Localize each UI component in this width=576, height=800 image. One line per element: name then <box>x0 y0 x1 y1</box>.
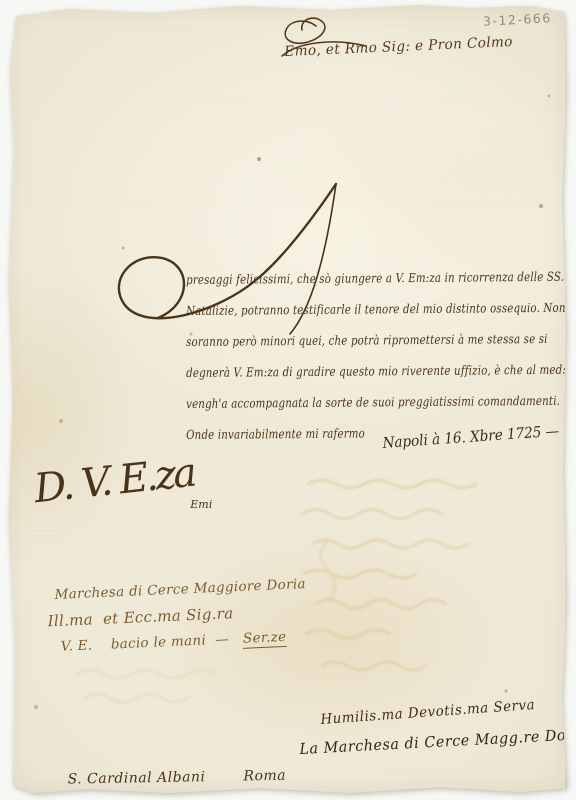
body-line: presaggi felicissimi, che sò giungere a … <box>186 261 576 295</box>
fold-crease-top <box>12 100 564 103</box>
docket-line-3-underlined: Ser.ze <box>243 629 287 649</box>
bleedthrough-ink <box>298 470 538 700</box>
paper-right-edge <box>565 10 568 790</box>
closing-initials: D. V. E.zaEmi <box>34 458 216 504</box>
body-line: soranno però minori quei, che potrà ripr… <box>186 323 576 357</box>
body-line: vengh'a accompagnata la sorte de suoi pr… <box>186 385 576 419</box>
closing-initials-text: D. V. E.za <box>32 450 196 512</box>
paper-specks <box>0 0 2 2</box>
docket-line-3-text: V. E. bacio le mani — <box>60 631 229 654</box>
docket-note: Marchesa di Cerce Maggiore Doria Ill.ma … <box>54 571 309 660</box>
body-line: degnerà V. Em:za di gradire questo mio r… <box>186 354 576 388</box>
closing-initials-sub: Emi <box>190 498 212 511</box>
paper-sheet: 3-12-666 Emo, et Rmo Sig: e Pron Colmo p… <box>0 0 576 800</box>
address-name: S. Cardinal Albani <box>67 769 205 787</box>
address-line: S. Cardinal AlbaniRoma <box>28 752 287 800</box>
paper-sheet-wrap: 3-12-666 Emo, et Rmo Sig: e Pron Colmo p… <box>0 0 576 800</box>
letter-body: presaggi felicissimi, che sò giungere a … <box>186 264 576 450</box>
body-line: Natalizie, potranno testificarle il teno… <box>186 292 576 326</box>
scanned-letter: 3-12-666 Emo, et Rmo Sig: e Pron Colmo p… <box>0 0 576 800</box>
bleedthrough-ink-lower <box>70 660 270 710</box>
address-city: Roma <box>243 768 286 785</box>
